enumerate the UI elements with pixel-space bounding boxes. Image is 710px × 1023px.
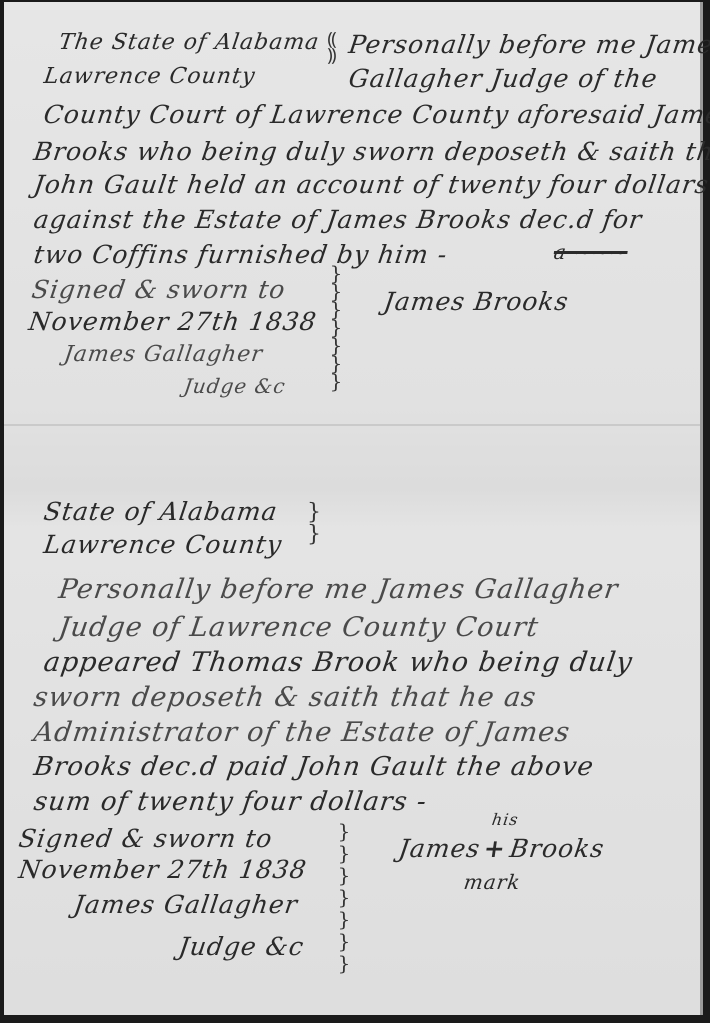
jurat2-line-1: Signed & sworn to (17, 824, 275, 853)
document-page: The State of Alabama Lawrence County ⸨⸩ … (4, 2, 703, 1015)
jurat2-judge: James Gallagher (72, 890, 300, 919)
brace-icon: }}}}}}} (326, 264, 346, 390)
jurat2-title: Judge &c (177, 932, 306, 961)
body2-line-3: appeared Thomas Brook who being duly (42, 647, 635, 678)
body-line-6: against the Estate of James Brooks dec.d… (32, 205, 644, 234)
venue-state: The State of Alabama (57, 30, 321, 55)
venue-county-2: Lawrence County (42, 530, 284, 559)
body-line-5: John Gault held an account of twenty fou… (32, 170, 710, 199)
struck-text: a ~~~ (552, 240, 629, 264)
body2-line-4: sworn deposeth & saith that he as (32, 682, 539, 713)
signature-mark-label: mark (462, 870, 522, 894)
body-line-4: Brooks who being duly sworn deposeth & s… (32, 137, 710, 166)
jurat-title: Judge &c (182, 374, 287, 398)
venue-state-2: State of Alabama (42, 497, 280, 526)
jurat-date: November 27th 1838 (27, 307, 319, 336)
brace-icon: }}}}}}} (334, 820, 354, 974)
body2-line-7: sum of twenty four dollars - (32, 787, 429, 817)
signature-first-name: James (397, 834, 482, 863)
jurat2-date: November 27th 1838 (17, 855, 309, 884)
brace-icon: }} (304, 502, 324, 546)
fold-line (4, 424, 700, 426)
jurat-judge: James Gallagher (62, 342, 264, 367)
brace-icon: ⸨⸩ (322, 32, 342, 64)
body2-line-6: Brooks dec.d paid John Gault the above (32, 752, 596, 782)
venue-county: Lawrence County (42, 64, 257, 89)
body2-line-5: Administrator of the Estate of James (32, 717, 572, 748)
body2-line-1: Personally before me James Gallagher (57, 574, 621, 605)
jurat-line-1: Signed & sworn to (30, 275, 288, 304)
body-line-3: County Court of Lawrence County aforesai… (42, 100, 710, 129)
body-line-2: Gallagher Judge of the (347, 64, 660, 93)
signature-james-brooks: James Brooks (382, 287, 571, 316)
signature-mark-block: James + Brooks (399, 834, 605, 863)
body2-line-2: Judge of Lawrence County Court (57, 612, 541, 643)
body-line-1: Personally before me James (347, 30, 710, 59)
cross-mark-icon: + (482, 834, 508, 863)
signature-his: his (491, 810, 520, 829)
body-line-7: two Coffins furnished by him - (32, 240, 449, 269)
signature-last-name: Brooks (508, 834, 606, 863)
